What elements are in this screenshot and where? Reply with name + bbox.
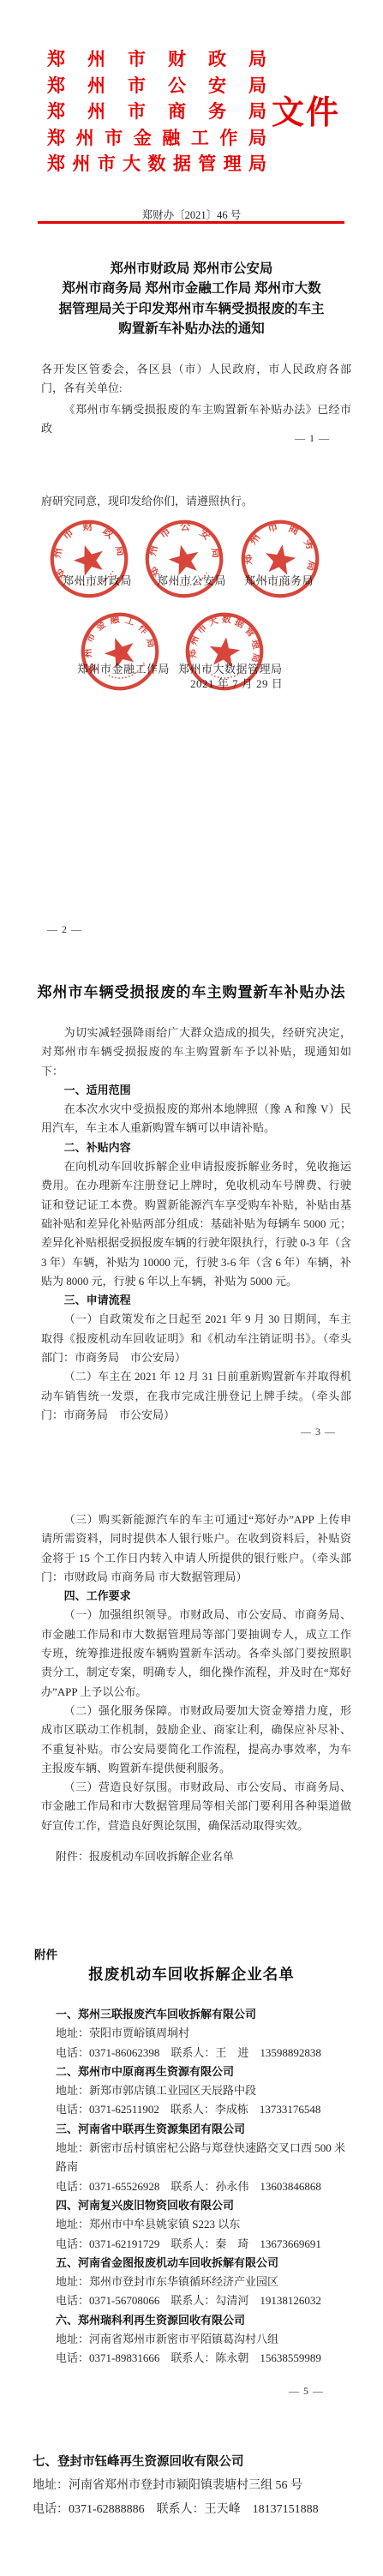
notice-title-line: 郑州市商务局 郑州市金融工作局 郑州市大数: [17, 279, 366, 298]
seal-serial-arc: [171, 573, 209, 589]
paragraph: （一）自政策发布之日起至 2021 年 9 月 30 日期间，车主取得《报废机动…: [41, 1310, 351, 1367]
company-address: 地址：荥阳市贾峪镇周垌村: [56, 2024, 345, 2043]
salutation: 各开发区管委会，各区县（市）人民政府，市人民政府各部门，各有关单位:: [41, 360, 351, 399]
official-seal-dashuju: 郑州市大数据管理局: [180, 607, 270, 697]
measure-body-part2: （三）购买新能源汽车的车主可通过“郑好办”APP 上传申请所需资料，同时提供本人…: [41, 1510, 351, 1835]
seal-star-icon: [100, 633, 139, 670]
seal-svg: 郑州市商务局: [234, 513, 326, 605]
company-entry: 六、郑州瑞科利再生资源回收有限公司 地址：河南省郑州市新密市平陌镇葛沟村八组 电…: [56, 2311, 345, 2369]
company-entry-7: 七、登封市钰峰再生资源回收有限公司 地址：河南省郑州市登封市颍阳镇裴塘村三组 5…: [33, 2450, 368, 2522]
company-name: 三、河南省中联再生资源集团有限公司: [56, 2120, 345, 2139]
seal-star-icon: [263, 542, 298, 575]
company-address: 地址：郑州市登封市东华镇循环经济产业园区: [56, 2273, 345, 2291]
letterhead-agency-2: 郑州市公安局: [47, 72, 266, 99]
letterhead-agency-4: 郑州市金融工作局: [47, 124, 266, 151]
company-phone: 电话：0371-62888886 联系人：王天峰 18137151888: [33, 2498, 368, 2522]
paragraph: （二）强化服务保障。市财政局要加大资金筹措力度，形成市区联动工作机制，鼓励企业、…: [41, 1702, 351, 1778]
paragraph: 四、工作要求: [41, 1587, 351, 1606]
company-name: 一、郑州三联报废汽车回收拆解有限公司: [56, 2005, 345, 2024]
seal-svg: 郑州市财政局: [39, 508, 140, 609]
official-seal-shangwu: 郑州市商务局: [234, 513, 326, 605]
paragraph: 在向机动车回收拆解企业申请报废拆解业务时，免收拖运费用。在办理新车注册登记上牌时…: [41, 1157, 351, 1291]
company-entry: 二、郑州市中原商再生资源有限公司 地址：新郑市郭店镇工业园区天辰路中段 电话：0…: [56, 2063, 345, 2120]
company-name: 四、河南复兴废旧物资回收有限公司: [56, 2196, 345, 2215]
letterhead-agency-1: 郑州市财政局: [47, 45, 266, 72]
attachment-label: 附件: [34, 1945, 57, 1962]
company-entry: 一、郑州三联报废汽车回收拆解有限公司 地址：荥阳市贾峪镇周垌村 电话：0371-…: [56, 2005, 345, 2063]
measure-title: 郑州市车辆受损报废的车主购置新车补贴办法: [9, 980, 374, 1001]
company-address: 地址：郑州市中牟县姚家镇 S223 以东: [56, 2215, 345, 2234]
seal-serial-arc: [77, 571, 115, 590]
seal-serial-arc: [258, 574, 296, 588]
seal-star-icon: [166, 541, 203, 577]
company-name: 二、郑州市中原商再生资源有限公司: [56, 2063, 345, 2081]
company-entry: 四、河南复兴废旧物资回收有限公司 地址：郑州市中牟县姚家镇 S223 以东 电话…: [56, 2196, 345, 2254]
company-phone: 电话：0371-65526928 联系人：孙永伟 13603846868: [56, 2177, 345, 2196]
letterhead-agency-5: 郑州市大数据管理局: [47, 150, 266, 177]
document-page: 郑州市财政局 郑州市公安局 郑州市商务局 郑州市金融工作局 郑州市大数据管理局 …: [0, 0, 383, 2576]
paragraph: （二）车主在 2021 年 12 月 31 日前重新购置新车并取得机动车销售统一…: [41, 1367, 351, 1425]
company-address: 地址：河南省郑州市新密市平陌镇葛沟村八组: [56, 2330, 345, 2349]
paragraph: （三）营造良好氛围。市财政局、市公安局、市商务局、市金融工作局和市大数据管理局等…: [41, 1778, 351, 1835]
company-phone: 电话：0371-62511902 联系人：李成栋 13733176548: [56, 2100, 345, 2119]
company-address: 地址：新密市岳村镇密杞公路与郑登快速路交叉口西 500 米路南: [56, 2139, 345, 2177]
letterhead-wenjian-label: 文件: [272, 86, 340, 133]
letterhead: 郑州市财政局 郑州市公安局 郑州市商务局 郑州市金融工作局 郑州市大数据管理局: [47, 45, 266, 177]
company-phone: 电话：0371-86062398 联系人：王 进 13598892838: [56, 2044, 345, 2063]
seal-svg: 郑州市金融工作局: [69, 600, 171, 703]
letterhead-agency-3: 郑州市商务局: [47, 98, 266, 124]
company-phone: 电话：0371-56708066 联系人：勾清河 19138126032: [56, 2291, 345, 2310]
company-address: 地址：新郑市郭店镇工业园区天辰路中段: [56, 2081, 345, 2100]
company-entry: 三、河南省中联再生资源集团有限公司 地址：新密市岳村镇密杞公路与郑登快速路交叉口…: [56, 2120, 345, 2196]
document-number: 郑财办〔2021〕46 号: [0, 207, 383, 222]
company-phone: 电话：0371-62191729 联系人：秦 琦 13673669691: [56, 2235, 345, 2254]
notice-title-line: 据管理局关于印发郑州市车辆受损报废的车主: [17, 299, 366, 319]
notice-title-line: 购置新车补贴办法的通知: [17, 319, 366, 339]
page-number-2: — 2 —: [47, 923, 82, 936]
attachment-note: 附件：报废机动车回收拆解企业名单: [41, 1847, 351, 1864]
official-seal-gongan: 郑州市公安局: [135, 510, 233, 608]
notice-title-line: 郑州市财政局 郑州市公安局: [17, 259, 366, 279]
paragraph: （一）加强组织领导。市财政局、市公安局、市商务局、市金融工作局和市大数据管理局等…: [41, 1606, 351, 1701]
seal-star-icon: [207, 635, 242, 668]
seal-serial-arc: [202, 668, 241, 680]
page-number-1: — 1 —: [295, 432, 330, 445]
red-divider: [38, 221, 344, 224]
official-seal-caizheng: 郑州市财政局: [39, 508, 140, 609]
company-entry: 五、河南省金图报废机动车回收拆解有限公司 地址：郑州市登封市东华镇循环经济产业园…: [56, 2254, 345, 2311]
company-name: 七、登封市钰峰再生资源回收有限公司: [33, 2450, 368, 2474]
paragraph: 一、适用范围: [41, 1081, 351, 1100]
attachment-title: 报废机动车回收拆解企业名单: [9, 1963, 374, 1985]
paragraph: 为切实减轻强降雨给广大群众造成的损失，经研究决定，对郑州市车辆受损报废的车主购置…: [41, 1024, 351, 1081]
official-seal-jinrong: 郑州市金融工作局: [69, 600, 171, 703]
paragraph: 在本次水灾中受损报废的郑州本地牌照（豫 A 和豫 V）民用汽车，车主本人重新购置…: [41, 1100, 351, 1138]
seal-svg: 郑州市大数据管理局: [180, 607, 270, 697]
company-address: 地址：河南省郑州市登封市颍阳镇裴塘村三组 56 号: [33, 2474, 368, 2498]
page-number-3: — 3 —: [301, 1426, 336, 1438]
page-number-5: — 5 —: [289, 2385, 324, 2398]
seal-svg: 郑州市公安局: [135, 510, 233, 608]
paragraph: （三）购买新能源汽车的车主可通过“郑好办”APP 上传申请所需资料，同时提供本人…: [41, 1510, 351, 1587]
company-name: 六、郑州瑞科利再生资源回收有限公司: [56, 2311, 345, 2330]
measure-body-part1: 为切实减轻强降雨给广大群众造成的损失，经研究决定，对郑州市车辆受损报废的车主购置…: [41, 1024, 351, 1425]
intro-paragraph-continued: 府研究同意，现印发给你们，请遵照执行。: [41, 492, 351, 511]
company-phone: 电话：0371-89831666 联系人：陈永朝 15638559989: [56, 2349, 345, 2368]
company-name: 五、河南省金图报废机动车回收拆解有限公司: [56, 2254, 345, 2273]
company-list: 一、郑州三联报废汽车回收拆解有限公司 地址：荥阳市贾峪镇周垌村 电话：0371-…: [56, 2005, 345, 2369]
paragraph: 三、申请流程: [41, 1291, 351, 1310]
notice-title: 郑州市财政局 郑州市公安局 郑州市商务局 郑州市金融工作局 郑州市大数 据管理局…: [17, 259, 366, 339]
paragraph: 二、补贴内容: [41, 1138, 351, 1157]
seal-star-icon: [70, 540, 108, 577]
